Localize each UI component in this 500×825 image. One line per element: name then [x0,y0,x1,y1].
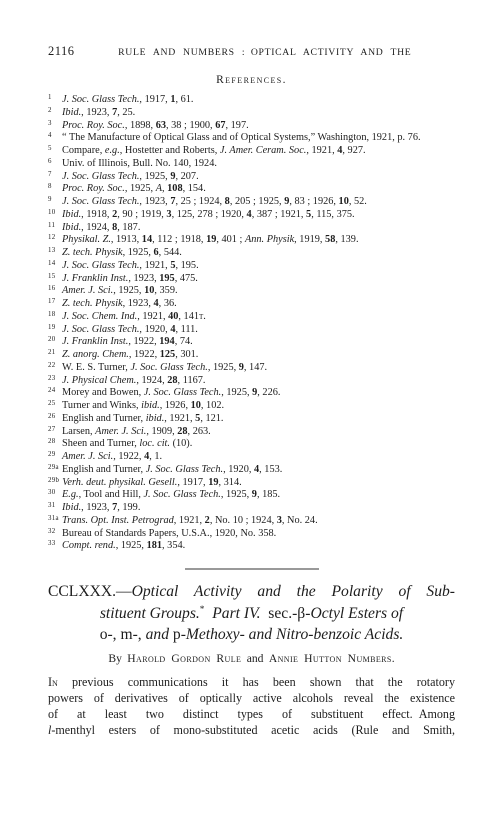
reference-item: 21Z. anorg. Chem., 1922, 125, 301. [48,349,455,362]
text-segment: e.g. [105,145,120,156]
text-segment: Morey and Bowen, [62,387,144,398]
reference-item: 13Z. tech. Physik, 1925, 6, 544. [48,247,455,260]
text-segment: , 36. [159,298,177,309]
reference-text: Ibid., 1923, 7, 199. [62,502,140,513]
reference-text: Larsen, Amer. J. Sci., 1909, 28, 263. [62,426,211,437]
text-segment: , 1924, [136,375,167,386]
reference-item: 4“ The Manufacture of Optical Glass and … [48,132,455,145]
text-segment: , 401 ; [216,234,245,245]
text-segment: , 195. [175,260,198,271]
text-segment: W. E. S. Turner, [62,362,130,373]
text-segment: Ann. Physik [245,234,294,245]
text-segment: , 1922, [113,451,144,462]
text-segment: , 1918, [81,209,112,220]
text-segment: , 1925, [139,171,170,182]
article-title-line: CCLXXX.—Optical Activity and the Polarit… [48,581,455,603]
text-segment: Compt. rend. [62,540,116,551]
text-segment: , 354. [162,540,185,551]
paragraph-line: of at least two distinct types of substi… [48,706,455,722]
reference-text: English and Turner, J. Soc. Glass Tech.,… [62,464,282,475]
running-title: RULE AND NUMBERS : OPTICAL ACTIVITY AND … [75,47,455,58]
article-title-line: stituent Groups.* Part IV. sec.-β-Octyl … [48,603,455,625]
reference-item: 14J. Soc. Glass Tech., 1921, 5, 195. [48,260,455,273]
reference-text: Ibid., 1918, 2, 90 ; 1919, 3, 125, 278 ;… [62,209,355,220]
text-segment: , 38 ; 1900, [166,120,215,131]
text-segment: CCLXXX.— [48,583,132,600]
reference-item: 9J. Soc. Glass Tech., 1923, 7, 25 ; 1924… [48,196,455,209]
text-segment: , 154. [183,183,206,194]
text-segment: , 1913, [111,234,142,245]
text-segment: “ The Manufacture of Optical Glass and o… [62,132,421,143]
text-segment: Amer. J. Sci. [95,426,146,437]
text-segment: J. Soc. Glass Tech. [143,489,220,500]
reference-item: 12Physikal. Z., 1913, 14, 112 ; 1918, 19… [48,234,455,247]
text-segment: In [48,675,58,689]
reference-text: Turner and Winks, ibid., 1926, 10, 102. [62,400,224,411]
text-segment: J. Soc. Glass Tech. [130,362,207,373]
text-segment: Proc. Roy. Soc. [62,183,125,194]
reference-item: 2Ibid., 1923, 7, 25. [48,107,455,120]
text-segment: 181 [147,540,162,551]
text-segment: J. Soc. Glass Tech. [62,171,139,182]
text-segment: , 226. [257,387,280,398]
reference-item: 23J. Physical Chem., 1924, 28, 1167. [48,375,455,388]
text-segment: , 199. [117,502,140,513]
page-number: 2116 [48,44,75,59]
text-segment: 125 [160,349,175,360]
text-segment: , 1925, [221,387,252,398]
text-segment: , 1925, [208,362,239,373]
text-segment: , 1925, [125,183,156,194]
text-segment: 28 [167,375,177,386]
reference-item: 25Turner and Winks, ibid., 1926, 10, 102… [48,400,455,413]
text-segment: , 301. [175,349,198,360]
reference-item: 18J. Soc. Chem. Ind., 1921, 40, 141t. [48,311,455,324]
text-segment: , 90 ; 1919, [117,209,166,220]
text-segment: , 115, 375. [311,209,354,220]
text-segment: 195 [159,273,174,284]
reference-text: J. Physical Chem., 1924, 28, 1167. [62,375,205,386]
text-segment: , 25. [117,107,135,118]
text-segment: 58 [325,234,335,245]
text-segment: Annie Hutton Numbers [269,652,392,665]
text-segment: ibid. [146,413,165,424]
text-segment: Proc. Roy. Soc. [62,120,125,131]
reference-text: English and Turner, ibid., 1921, 5, 121. [62,413,224,424]
text-segment: , 1917, [139,94,170,105]
text-segment: J. Soc. Glass Tech. [62,324,139,335]
text-segment: , 1898, [125,120,156,131]
text-segment: , 207. [175,171,198,182]
text-segment: 108 [167,183,182,194]
text-segment: Verh. deut. physikal. Gesell. [62,477,177,488]
text-segment: , 263. [188,426,211,437]
text-segment: J. Physical Chem. [62,375,136,386]
text-segment: J. Soc. Chem. Ind. [62,311,137,322]
text-segment: 67 [215,120,225,131]
reference-item: 22W. E. S. Turner, J. Soc. Glass Tech., … [48,362,455,375]
reference-text: Verh. deut. physikal. Gesell., 1917, 19,… [62,477,241,488]
text-segment: o-, m-, [100,626,146,643]
reference-item: 20J. Franklin Inst., 1922, 194, 74. [48,336,455,349]
references-heading: References. [48,74,455,86]
text-segment: , 74. [175,336,193,347]
text-segment: , 387 ; 1921, [252,209,306,220]
text-segment: , 139. [335,234,358,245]
page-header: 2116 RULE AND NUMBERS : OPTICAL ACTIVITY… [48,44,455,59]
text-segment: J. Franklin Inst. [62,336,128,347]
text-segment: By [108,652,127,665]
text-segment: , No. 24. [282,515,318,526]
text-segment: , 197. [226,120,249,131]
text-segment: , 52. [349,196,367,207]
reference-text: W. E. S. Turner, J. Soc. Glass Tech., 19… [62,362,267,373]
text-segment: Bureau of Standards Papers, U.S.A., 1920… [62,528,276,539]
reference-item: 19J. Soc. Glass Tech., 1920, 4, 111. [48,324,455,337]
text-segment: Turner and Winks, [62,400,141,411]
reference-text: Sheen and Turner, loc. cit. (10). [62,438,192,449]
text-segment: , 112 ; 1918, [152,234,206,245]
reference-text: Z. tech. Physik, 1923, 4, 36. [62,298,177,309]
text-segment: , 1923, [128,273,159,284]
reference-item: 6Univ. of Illinois, Bull. No. 140, 1924. [48,158,455,171]
text-segment: ibid. [141,400,160,411]
text-segment: , 83 ; 1926, [289,196,338,207]
text-segment: , 1920, [139,324,170,335]
text-segment: Z. anorg. Chem. [62,349,129,360]
article-title: CCLXXX.—Optical Activity and the Polarit… [48,581,455,646]
reference-text: Univ. of Illinois, Bull. No. 140, 1924. [62,158,217,169]
text-segment: , 1922, [129,349,160,360]
text-segment: Ibid. [62,222,81,233]
text-segment: , 1925, [113,285,144,296]
text-segment: , 61. [175,94,193,105]
reference-item: 15J. Franklin Inst., 1923, 195, 475. [48,273,455,286]
text-segment: Methoxy- and Nitro-benzoic Acids. [186,626,403,643]
text-segment: and [241,652,269,665]
reference-item: 29Amer. J. Sci., 1922, 4, 1. [48,451,455,464]
text-segment: , 1925, [123,247,154,258]
text-segment: , 111. [175,324,197,335]
section-divider [185,568,319,570]
text-segment: , Hostetter and Roberts, [120,145,220,156]
text-segment: , 475. [175,273,198,284]
text-segment: Ibid. [62,502,81,513]
reference-item: 29bVerh. deut. physikal. Gesell., 1917, … [48,477,455,490]
reference-text: J. Soc. Glass Tech., 1925, 9, 207. [62,171,199,182]
reference-text: J. Franklin Inst., 1922, 194, 74. [62,336,193,347]
paragraph-line: l-menthyl esters of mono-substituted ace… [48,722,455,738]
text-segment: J. Soc. Glass Tech. [146,464,223,475]
text-segment: powers of derivatives of optically activ… [48,691,455,705]
reference-text: Morey and Bowen, J. Soc. Glass Tech., 19… [62,387,280,398]
paragraph-line: In previous communications it has been s… [48,674,455,690]
reference-item: 3Proc. Roy. Soc., 1898, 63, 38 ; 1900, 6… [48,120,455,133]
reference-item: 1J. Soc. Glass Tech., 1917, 1, 61. [48,94,455,107]
text-segment: Part IV. [204,605,268,622]
reference-text: Compare, e.g., Hostetter and Roberts, J.… [62,145,366,156]
text-segment: 28 [177,426,187,437]
text-segment: stituent Groups. [100,605,200,622]
text-segment: Physikal. Z. [62,234,111,245]
references-list: 1J. Soc. Glass Tech., 1917, 1, 61.2Ibid.… [48,94,455,553]
text-segment: E.g. [62,489,79,500]
article-byline: By Harold Gordon Rule and Annie Hutton N… [48,652,455,665]
text-segment: loc. cit. [139,438,170,449]
text-segment: , 1917, [177,477,208,488]
reference-item: 11Ibid., 1924, 8, 187. [48,222,455,235]
text-segment: , 187. [117,222,140,233]
text-segment: , 1924, [81,222,112,233]
text-segment: , 1923, [139,196,170,207]
reference-item: 16Amer. J. Sci., 1925, 10, 359. [48,285,455,298]
text-segment: , 25 ; 1924, [175,196,224,207]
text-segment: Trans. Opt. Inst. Petrograd [62,515,174,526]
text-segment: J. Soc. Glass Tech. [62,260,139,271]
reference-text: J. Soc. Glass Tech., 1923, 7, 25 ; 1924,… [62,196,367,207]
text-segment: 14 [142,234,152,245]
text-segment: (10). [170,438,192,449]
reference-text: Z. tech. Physik, 1925, 6, 544. [62,247,182,258]
text-segment: p- [173,626,186,643]
text-segment: Octyl Esters of [310,605,403,622]
text-segment: , 1920, [223,464,254,475]
text-segment: , Tool and Hill, [79,489,144,500]
text-segment: J. Amer. Ceram. Soc. [220,145,306,156]
text-segment: , 147. [244,362,267,373]
reference-item: 26English and Turner, ibid., 1921, 5, 12… [48,413,455,426]
reference-text: J. Soc. Glass Tech., 1921, 5, 195. [62,260,199,271]
reference-text: J. Soc. Glass Tech., 1920, 4, 111. [62,324,198,335]
reference-text: Z. anorg. Chem., 1922, 125, 301. [62,349,198,360]
text-segment: of at least two distinct types of substi… [48,707,455,721]
reference-item: 8Proc. Roy. Soc., 1925, A, 108, 154. [48,183,455,196]
reference-text: E.g., Tool and Hill, J. Soc. Glass Tech.… [62,489,280,500]
text-segment: Compare, [62,145,105,156]
text-segment: , 927. [342,145,365,156]
text-segment: Larsen, [62,426,95,437]
text-segment: sec.-β- [268,605,310,622]
text-segment: , 544. [159,247,182,258]
reference-item: 31aTrans. Opt. Inst. Petrograd, 1921, 2,… [48,515,455,528]
reference-text: Physikal. Z., 1913, 14, 112 ; 1918, 19, … [62,234,359,245]
text-segment: 10 [191,400,201,411]
text-segment: Amer. J. Sci. [62,285,113,296]
text-segment: , 125, 278 ; 1920, [172,209,247,220]
text-segment: -menthyl esters of mono-substituted acet… [51,723,455,737]
text-segment: J. Franklin Inst. [62,273,128,284]
reference-item: 17Z. tech. Physik, 1923, 4, 36. [48,298,455,311]
text-segment: 63 [156,120,166,131]
text-segment: 10 [144,285,154,296]
text-segment: , 1923, [81,502,112,513]
text-segment: Sheen and Turner, [62,438,139,449]
text-segment: , 314. [219,477,242,488]
text-segment: , 1925, [221,489,252,500]
reference-item: 32Bureau of Standards Papers, U.S.A., 19… [48,528,455,541]
text-segment: Z. tech. Physik [62,298,123,309]
reference-item: 7J. Soc. Glass Tech., 1925, 9, 207. [48,171,455,184]
text-segment: 10 [339,196,349,207]
text-segment: Z. tech. Physik [62,247,123,258]
text-segment: , 1167. [178,375,206,386]
text-segment: , 1925, [116,540,147,551]
reference-text: Amer. J. Sci., 1925, 10, 359. [62,285,178,296]
text-segment: , 141 [178,311,199,322]
text-segment: 19 [208,477,218,488]
reference-text: Trans. Opt. Inst. Petrograd, 1921, 2, No… [62,515,318,526]
text-segment: , 1. [149,451,162,462]
text-segment: , 1921, [139,260,170,271]
text-segment: , 1923, [123,298,154,309]
reference-text: Bureau of Standards Papers, U.S.A., 1920… [62,528,276,539]
reference-text: J. Soc. Chem. Ind., 1921, 40, 141t. [62,311,206,322]
article-title-line: o-, m-, and p-Methoxy- and Nitro-benzoic… [48,624,455,646]
text-segment: J. Soc. Glass Tech. [144,387,221,398]
reference-item: 24Morey and Bowen, J. Soc. Glass Tech., … [48,387,455,400]
text-segment: English and Turner, [62,413,146,424]
reference-item: 27Larsen, Amer. J. Sci., 1909, 28, 263. [48,426,455,439]
reference-text: J. Franklin Inst., 1923, 195, 475. [62,273,198,284]
reference-item: 29aEnglish and Turner, J. Soc. Glass Tec… [48,464,455,477]
text-segment: 19 [206,234,216,245]
text-segment: , 102. [201,400,224,411]
text-segment: and [146,626,173,643]
text-segment: , 153. [259,464,282,475]
text-segment: Univ. of Illinois, Bull. No. 140, 1924. [62,158,217,169]
reference-text: Ibid., 1924, 8, 187. [62,222,140,233]
text-segment: , No. 10 ; 1924, [210,515,277,526]
reference-text: Ibid., 1923, 7, 25. [62,107,135,118]
text-segment: , 1922, [128,336,159,347]
text-segment: English and Turner, [62,464,146,475]
reference-item: 31Ibid., 1923, 7, 199. [48,502,455,515]
text-segment: Amer. J. Sci. [62,451,113,462]
text-segment: , 1921, [137,311,168,322]
text-segment: J. Soc. Glass Tech. [62,196,139,207]
reference-item: 30E.g., Tool and Hill, J. Soc. Glass Tec… [48,489,455,502]
reference-text: Amer. J. Sci., 1922, 4, 1. [62,451,162,462]
reference-item: 33Compt. rend., 1925, 181, 354. [48,540,455,553]
text-segment: 40 [168,311,178,322]
text-segment: 194 [159,336,174,347]
reference-item: 5Compare, e.g., Hostetter and Roberts, J… [48,145,455,158]
text-segment: previous communications it has been show… [58,675,455,689]
reference-text: “ The Manufacture of Optical Glass and o… [62,132,421,143]
text-segment: , 121. [200,413,223,424]
reference-item: 10Ibid., 1918, 2, 90 ; 1919, 3, 125, 278… [48,209,455,222]
text-segment: , 1921, [306,145,337,156]
text-segment: . [203,311,206,322]
text-segment: Optical Activity and the Polarity of Sub… [132,583,455,600]
text-segment: , 1921, [174,515,205,526]
text-segment: Ibid. [62,107,81,118]
journal-page: 2116 RULE AND NUMBERS : OPTICAL ACTIVITY… [0,0,500,825]
reference-text: Proc. Roy. Soc., 1925, A, 108, 154. [62,183,206,194]
text-segment: J. Soc. Glass Tech. [62,94,139,105]
reference-text: Compt. rend., 1925, 181, 354. [62,540,185,551]
paragraph-line: powers of derivatives of optically activ… [48,690,455,706]
reference-text: Proc. Roy. Soc., 1898, 63, 38 ; 1900, 67… [62,120,249,131]
text-segment: , 1919, [294,234,325,245]
text-segment: , 1921, [164,413,195,424]
text-segment: , 1926, [160,400,191,411]
reference-text: J. Soc. Glass Tech., 1917, 1, 61. [62,94,194,105]
text-segment: , 359. [154,285,177,296]
text-segment: Ibid. [62,209,81,220]
text-segment: , 205 ; 1925, [230,196,284,207]
reference-item: 28Sheen and Turner, loc. cit. (10). [48,438,455,451]
article-paragraph: In previous communications it has been s… [48,674,455,738]
text-segment: . [392,652,395,665]
text-segment: , 1923, [81,107,112,118]
text-segment: Harold Gordon Rule [127,652,241,665]
text-segment: , 185. [257,489,280,500]
text-segment: , 1909, [146,426,177,437]
